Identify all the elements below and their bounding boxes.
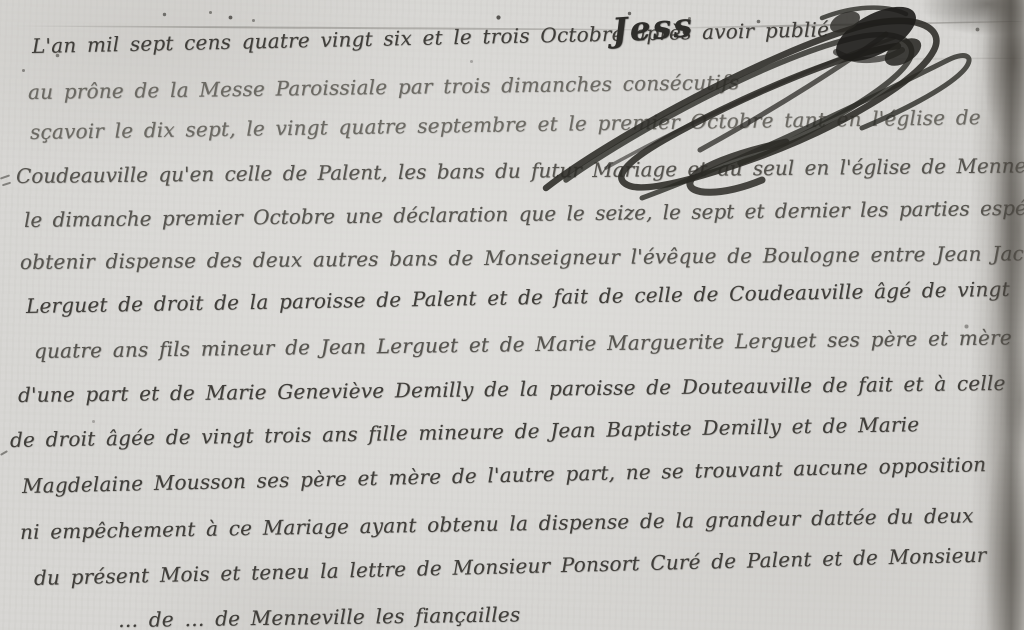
margin-mark bbox=[2, 182, 11, 187]
manuscript-line: de droit âgée de vingt trois ans fille m… bbox=[10, 414, 920, 450]
manuscript-page: L'an mil sept cens quatre vingt six et l… bbox=[0, 0, 1024, 630]
marginal-inscription: Jess bbox=[611, 5, 695, 50]
manuscript-line: d'une part et de Marie Geneviève Demilly… bbox=[18, 373, 1006, 405]
page-edge-shadow bbox=[970, 0, 1024, 630]
manuscript-line: obtenir dispense des deux autres bans de… bbox=[20, 243, 1024, 272]
manuscript-line: L'an mil sept cens quatre vingt six et l… bbox=[32, 19, 830, 56]
manuscript-line: Coudeauville qu'en celle de Palent, les … bbox=[16, 155, 1024, 186]
manuscript-line: sçavoir le dix sept, le vingt quatre sep… bbox=[30, 107, 981, 142]
manuscript-line: le dimanche premier Octobre une déclarat… bbox=[24, 197, 1024, 230]
manuscript-line: du présent Mois et teneu la lettre de Mo… bbox=[34, 545, 987, 588]
manuscript-line: au prône de la Messe Paroissiale par tro… bbox=[28, 72, 739, 102]
manuscript-line: ni empêchement à ce Mariage ayant obtenu… bbox=[20, 505, 974, 542]
manuscript-line: Magdelaine Mousson ses père et mère de l… bbox=[22, 454, 987, 496]
margin-mark bbox=[0, 174, 10, 179]
manuscript-line: quatre ans fils mineur de Jean Lerguet e… bbox=[34, 327, 1012, 361]
ink-specks bbox=[0, 0, 3, 3]
manuscript-line: Lerguet de droit de la paroisse de Palen… bbox=[26, 279, 1010, 316]
manuscript-line: … de … de Menneville les fiançailles bbox=[118, 604, 521, 630]
margin-mark bbox=[0, 450, 8, 456]
